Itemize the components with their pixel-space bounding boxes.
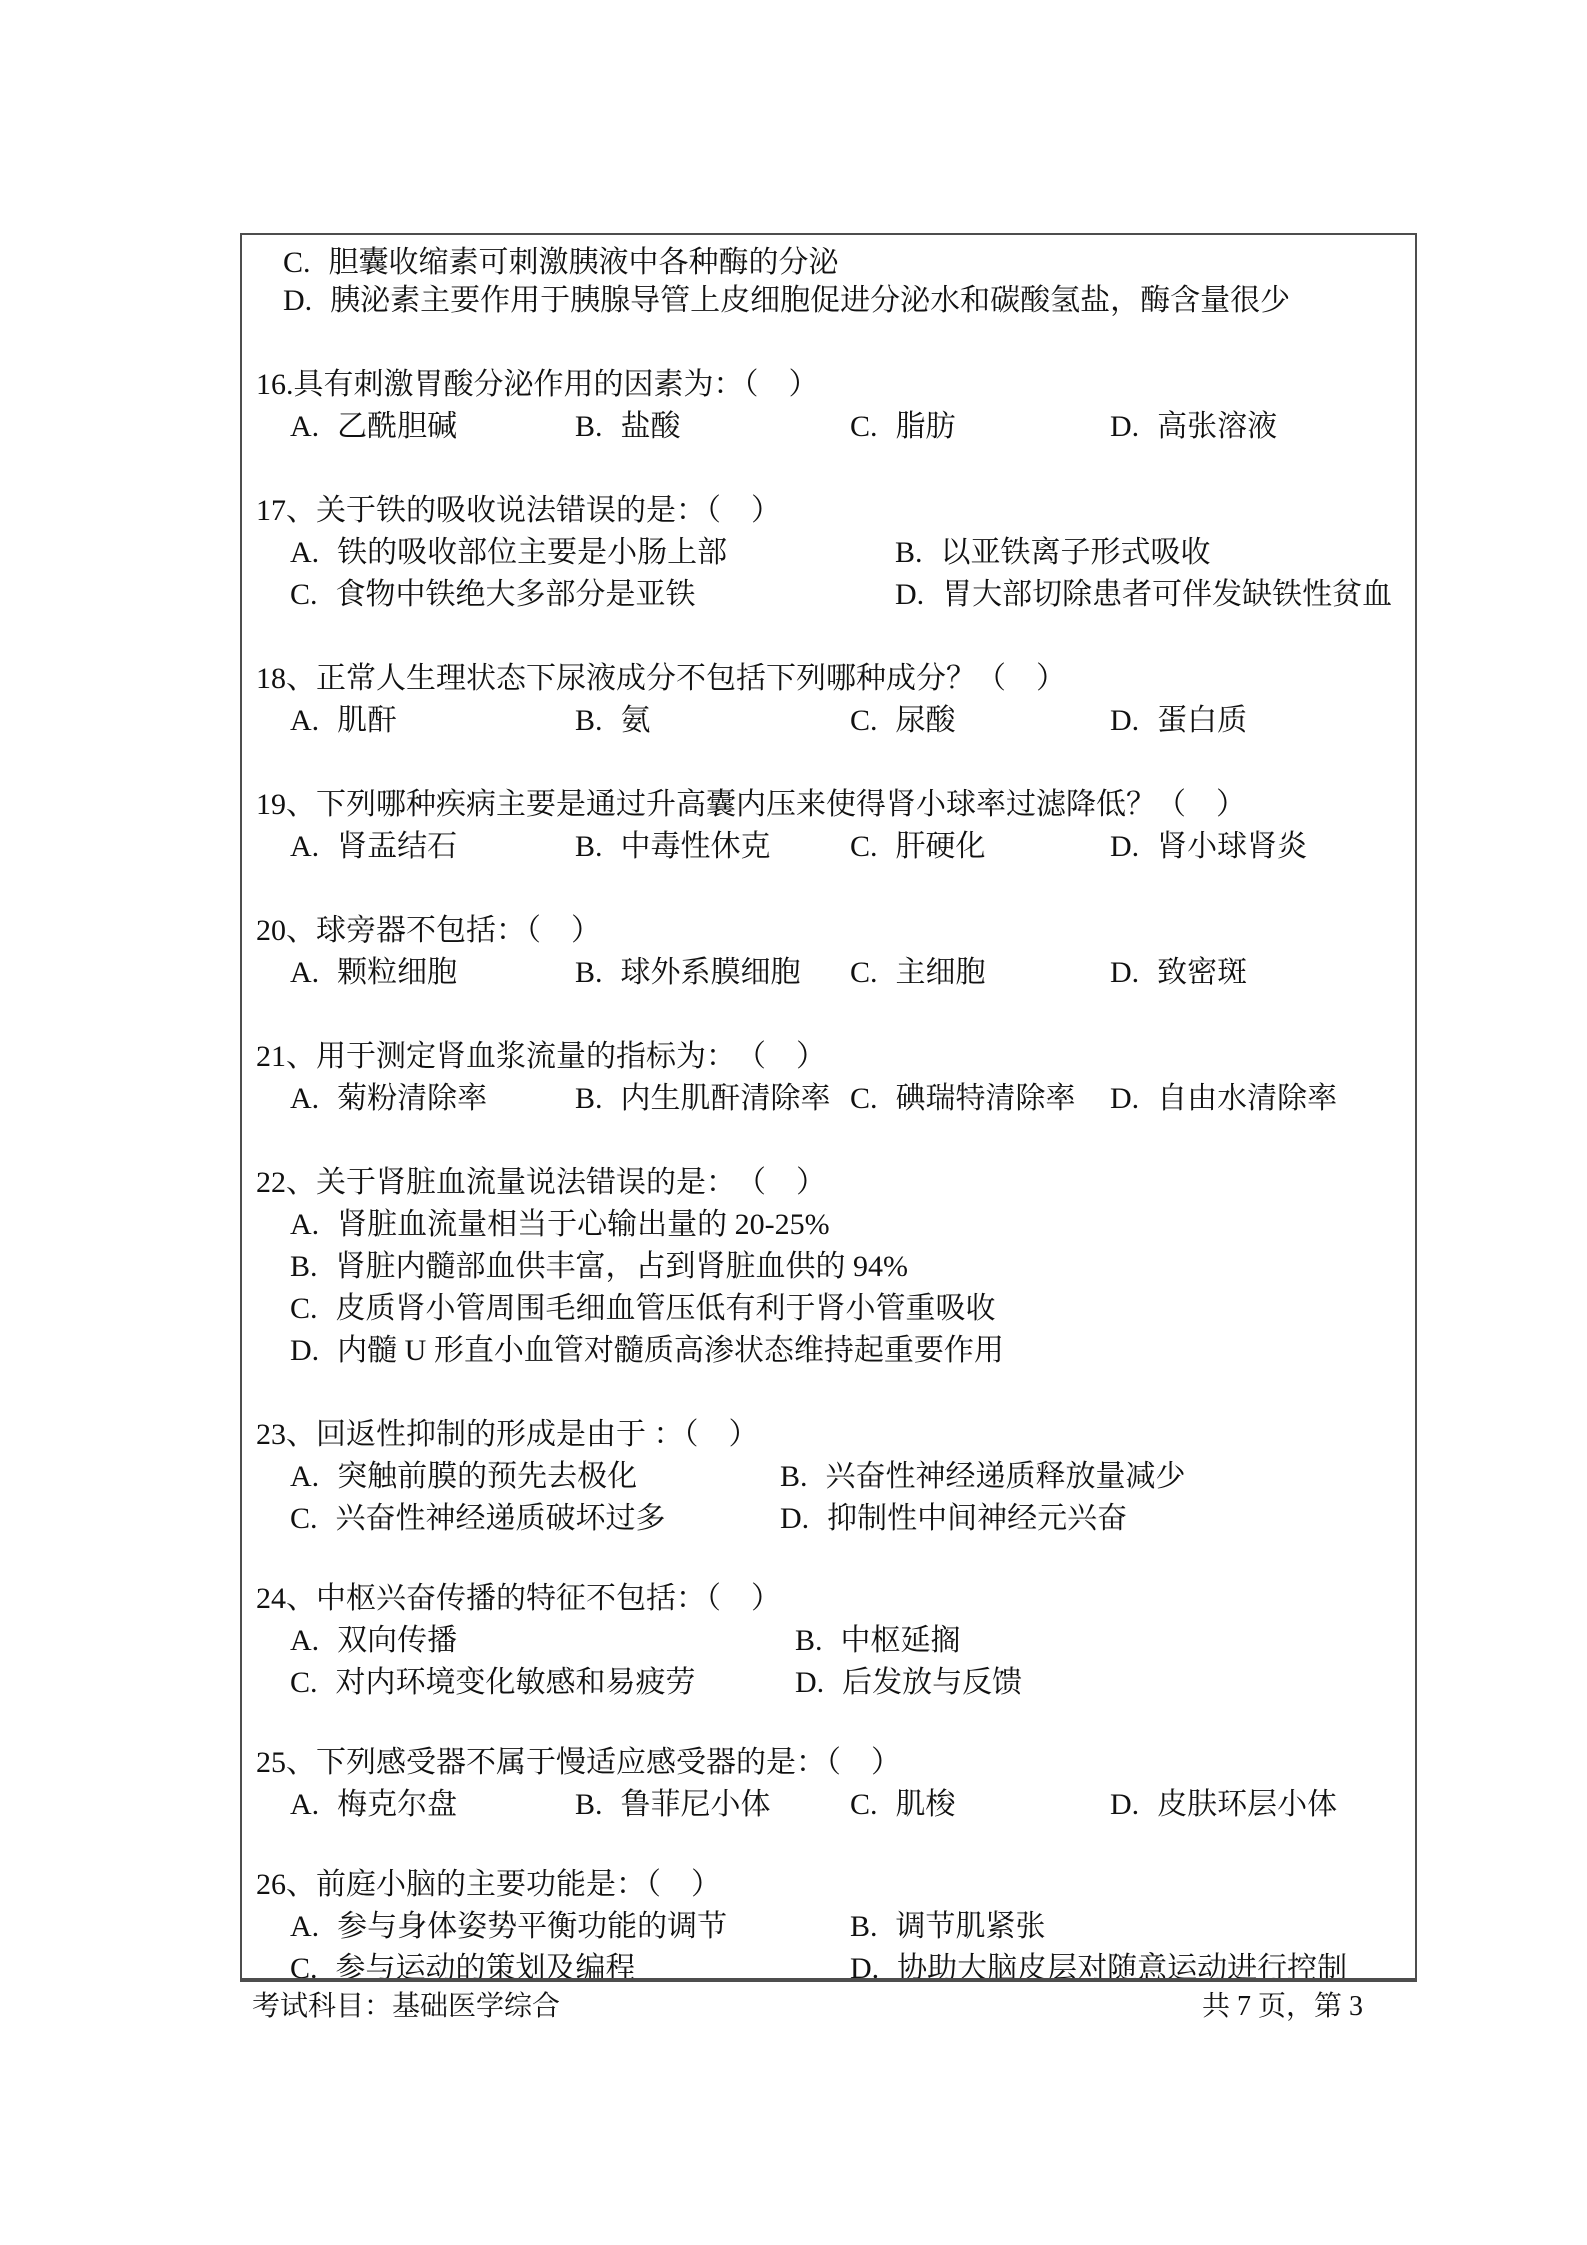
option-label: A.	[290, 1078, 319, 1120]
option: B.盐酸	[575, 406, 850, 448]
option-text: 后发放与反馈	[842, 1666, 1022, 1699]
option-label: B.	[895, 532, 923, 574]
option-label: C.	[850, 406, 878, 448]
question-23: 23、回返性抑制的形成是由于 ：（ ） A.突触前膜的预先去极化 B.兴奋性神经…	[242, 1414, 1415, 1540]
question-21: 21、用于测定肾血浆流量的指标为： （ ） A.菊粉清除率 B.内生肌酐清除率 …	[242, 1036, 1415, 1120]
option-label: B.	[575, 1784, 603, 1826]
option: B.以亚铁离子形式吸收	[895, 532, 1415, 574]
option: A.乙酰胆碱	[290, 406, 575, 448]
question-text: 下列哪种疾病主要是通过升高囊内压来使得肾小球率过滤降低？（ ）	[316, 788, 1246, 821]
option-label: D.	[795, 1662, 824, 1704]
option-label: C.	[290, 574, 318, 616]
option-label: D.	[1110, 1078, 1139, 1120]
option-text: 高张溶液	[1157, 410, 1277, 443]
option-text: 兴奋性神经递质释放量减少	[826, 1460, 1186, 1493]
option-label: D.	[283, 282, 312, 320]
question-20: 20、球旁器不包括：（ ） A.颗粒细胞 B.球外系膜细胞 C.主细胞 D.致密…	[242, 910, 1415, 994]
footer-subject: 考试科目：基础医学综合	[252, 1990, 560, 2024]
option: C.肝硬化	[850, 826, 1110, 868]
question-stem: 20、球旁器不包括：（ ）	[242, 910, 1415, 952]
question-number: 16.	[256, 368, 294, 401]
option-text: 抑制性中间神经元兴奋	[827, 1502, 1127, 1535]
option-label: A.	[290, 826, 319, 868]
exam-page: C.胆囊收缩素可刺激胰液中各种酶的分泌 D.胰泌素主要作用于胰腺导管上皮细胞促进…	[0, 0, 1587, 2245]
option-text: 兴奋性神经递质破坏过多	[336, 1502, 666, 1535]
option-label: C.	[290, 1662, 318, 1704]
option-label: D.	[780, 1498, 809, 1540]
question-stem: 23、回返性抑制的形成是由于 ：（ ）	[242, 1414, 1415, 1456]
option-label: A.	[290, 532, 319, 574]
option: C.皮质肾小管周围毛细血管压低有利于肾小管重吸收	[242, 1288, 1415, 1330]
question-number: 24、	[256, 1582, 316, 1615]
option-text: 氨	[621, 704, 651, 737]
option-text: 球外系膜细胞	[621, 956, 801, 989]
option-text: 胆囊收缩素可刺激胰液中各种酶的分泌	[329, 246, 839, 279]
options-row: A.乙酰胆碱 B.盐酸 C.脂肪 D.高张溶液	[242, 406, 1415, 448]
option-label: B.	[795, 1620, 823, 1662]
question-text: 关于肾脏血流量说法错误的是： （ ）	[316, 1166, 826, 1199]
option: D.肾小球肾炎	[1110, 826, 1415, 868]
option-text: 胰泌素主要作用于胰腺导管上皮细胞促进分泌水和碳酸氢盐，酶含量很少	[330, 284, 1290, 317]
options-row: A.突触前膜的预先去极化 B.兴奋性神经递质释放量减少	[242, 1456, 1415, 1498]
question-stem: 21、用于测定肾血浆流量的指标为： （ ）	[242, 1036, 1415, 1078]
option: C.尿酸	[850, 700, 1110, 742]
option-text: 颗粒细胞	[337, 956, 457, 989]
options-row: A.双向传播 B.中枢延搁	[242, 1620, 1415, 1662]
option-text: 双向传播	[337, 1624, 457, 1657]
option-label: D.	[1110, 406, 1139, 448]
option: B.兴奋性神经递质释放量减少	[780, 1456, 1415, 1498]
option-text: 肾脏内髓部血供丰富，占到肾脏血供的 94%	[336, 1250, 909, 1283]
option-text: 中毒性休克	[621, 830, 771, 863]
question-text: 用于测定肾血浆流量的指标为： （ ）	[316, 1040, 826, 1073]
option: B.氨	[575, 700, 850, 742]
option-label: D.	[895, 574, 924, 616]
question-number: 23、	[256, 1418, 316, 1451]
options-row: C.兴奋性神经递质破坏过多 D.抑制性中间神经元兴奋	[242, 1498, 1415, 1540]
option-label: B.	[290, 1246, 318, 1288]
option: B.球外系膜细胞	[575, 952, 850, 994]
option-label: D.	[1110, 700, 1139, 742]
option-text: 蛋白质	[1157, 704, 1247, 737]
options-row: A.菊粉清除率 B.内生肌酐清除率 C.碘瑞特清除率 D.自由水清除率	[242, 1078, 1415, 1120]
question-18: 18、正常人生理状态下尿液成分不包括下列哪种成分？（ ） A.肌酐 B.氨 C.…	[242, 658, 1415, 742]
question-16: 16.具有刺激胃酸分泌作用的因素为：（ ） A.乙酰胆碱 B.盐酸 C.脂肪 D…	[242, 364, 1415, 448]
option-label: D.	[850, 1948, 879, 1982]
question-stem: 16.具有刺激胃酸分泌作用的因素为：（ ）	[242, 364, 1415, 406]
option: C.对内环境变化敏感和易疲劳	[290, 1662, 795, 1704]
option: C.主细胞	[850, 952, 1110, 994]
options-row: C.对内环境变化敏感和易疲劳 D.后发放与反馈	[242, 1662, 1415, 1704]
option-label: C.	[850, 1078, 878, 1120]
option-label: B.	[575, 826, 603, 868]
option: D.抑制性中间神经元兴奋	[780, 1498, 1415, 1540]
option-text: 中枢延搁	[841, 1624, 961, 1657]
option-text: 盐酸	[621, 410, 681, 443]
options-row: A.肌酐 B.氨 C.尿酸 D.蛋白质	[242, 700, 1415, 742]
option-text: 鲁菲尼小体	[621, 1788, 771, 1821]
option: B.中毒性休克	[575, 826, 850, 868]
option-text: 梅克尔盘	[337, 1788, 457, 1821]
options-row: A.颗粒细胞 B.球外系膜细胞 C.主细胞 D.致密斑	[242, 952, 1415, 994]
option: A.梅克尔盘	[290, 1784, 575, 1826]
option-label: A.	[290, 406, 319, 448]
option-text: 自由水清除率	[1157, 1082, 1337, 1115]
option-text: 内生肌酐清除率	[621, 1082, 831, 1115]
question-24: 24、中枢兴奋传播的特征不包括：（ ） A.双向传播 B.中枢延搁 C.对内环境…	[242, 1578, 1415, 1704]
option-text: 参与运动的策划及编程	[336, 1952, 636, 1982]
question-number: 22、	[256, 1166, 316, 1199]
footer-page-number: 共 7 页，第 3	[1202, 1990, 1363, 2024]
option: D.高张溶液	[1110, 406, 1415, 448]
option: D.皮肤环层小体	[1110, 1784, 1415, 1826]
options-row: A.肾盂结石 B.中毒性休克 C.肝硬化 D.肾小球肾炎	[242, 826, 1415, 868]
question-22: 22、关于肾脏血流量说法错误的是： （ ） A.肾脏血流量相当于心输出量的 20…	[242, 1162, 1415, 1372]
question-number: 19、	[256, 788, 316, 821]
option-label: B.	[575, 700, 603, 742]
option-label: C.	[850, 826, 878, 868]
option: D.内髓 U 形直小血管对髓质高渗状态维持起重要作用	[242, 1330, 1415, 1372]
option-text: 以亚铁离子形式吸收	[941, 536, 1211, 569]
page-footer: 考试科目：基础医学综合 共 7 页，第 3	[252, 1990, 1363, 2024]
q15-option-c: C.胆囊收缩素可刺激胰液中各种酶的分泌	[242, 244, 1415, 282]
option-label: A.	[290, 1620, 319, 1662]
question-text: 球旁器不包括：（ ）	[316, 914, 601, 947]
option: A.菊粉清除率	[290, 1078, 575, 1120]
option-label: C.	[290, 1948, 318, 1982]
option: C.参与运动的策划及编程	[290, 1948, 850, 1982]
question-text: 下列感受器不属于慢适应感受器的是：（ ）	[316, 1746, 901, 1779]
question-number: 26、	[256, 1868, 316, 1901]
option-text: 肌梭	[896, 1788, 956, 1821]
option: D.自由水清除率	[1110, 1078, 1415, 1120]
option: D.后发放与反馈	[795, 1662, 1415, 1704]
option-text: 肌酐	[337, 704, 397, 737]
option-text: 主细胞	[896, 956, 986, 989]
option-label: C.	[850, 1784, 878, 1826]
option: D.胃大部切除患者可伴发缺铁性贫血	[895, 574, 1415, 616]
option-label: A.	[290, 1906, 319, 1948]
option-label: C.	[290, 1498, 318, 1540]
option-label: B.	[575, 1078, 603, 1120]
option-text: 皮肤环层小体	[1157, 1788, 1337, 1821]
question-stem: 24、中枢兴奋传播的特征不包括：（ ）	[242, 1578, 1415, 1620]
options-row: C.参与运动的策划及编程 D.协助大脑皮层对随意运动进行控制	[242, 1948, 1415, 1982]
option-text: 脂肪	[896, 410, 956, 443]
option-label: B.	[575, 406, 603, 448]
question-number: 25、	[256, 1746, 316, 1779]
option: D.蛋白质	[1110, 700, 1415, 742]
option: D.致密斑	[1110, 952, 1415, 994]
question-number: 20、	[256, 914, 316, 947]
option-text: 皮质肾小管周围毛细血管压低有利于肾小管重吸收	[336, 1292, 996, 1325]
option-text: 内髓 U 形直小血管对髓质高渗状态维持起重要作用	[337, 1334, 1004, 1367]
option: D.协助大脑皮层对随意运动进行控制	[850, 1948, 1415, 1982]
option-label: D.	[1110, 1784, 1139, 1826]
option-text: 铁的吸收部位主要是小肠上部	[337, 536, 727, 569]
option-text: 食物中铁绝大多部分是亚铁	[336, 578, 696, 611]
option: A.铁的吸收部位主要是小肠上部	[290, 532, 895, 574]
option: B.中枢延搁	[795, 1620, 1415, 1662]
option: C.碘瑞特清除率	[850, 1078, 1110, 1120]
option: B.调节肌紧张	[850, 1906, 1415, 1948]
option-text: 尿酸	[896, 704, 956, 737]
option-text: 碘瑞特清除率	[896, 1082, 1076, 1115]
question-stem: 25、下列感受器不属于慢适应感受器的是：（ ）	[242, 1742, 1415, 1784]
question-text: 关于铁的吸收说法错误的是：（ ）	[316, 494, 781, 527]
question-number: 18、	[256, 662, 316, 695]
question-stem: 19、下列哪种疾病主要是通过升高囊内压来使得肾小球率过滤降低？（ ）	[242, 784, 1415, 826]
option: B.内生肌酐清除率	[575, 1078, 850, 1120]
option-text: 肾盂结石	[337, 830, 457, 863]
option-label: C.	[850, 952, 878, 994]
option-label: A.	[290, 700, 319, 742]
option: B.肾脏内髓部血供丰富，占到肾脏血供的 94%	[242, 1246, 1415, 1288]
question-area: C.胆囊收缩素可刺激胰液中各种酶的分泌 D.胰泌素主要作用于胰腺导管上皮细胞促进…	[240, 233, 1417, 1982]
option-text: 乙酰胆碱	[337, 410, 457, 443]
question-19: 19、下列哪种疾病主要是通过升高囊内压来使得肾小球率过滤降低？（ ） A.肾盂结…	[242, 784, 1415, 868]
option-label: A.	[290, 1456, 319, 1498]
q15-option-d: D.胰泌素主要作用于胰腺导管上皮细胞促进分泌水和碳酸氢盐，酶含量很少	[242, 282, 1415, 320]
option-label: C.	[283, 244, 311, 282]
option-label: D.	[1110, 826, 1139, 868]
question-stem: 18、正常人生理状态下尿液成分不包括下列哪种成分？（ ）	[242, 658, 1415, 700]
option-text: 突触前膜的预先去极化	[337, 1460, 637, 1493]
option: B.鲁菲尼小体	[575, 1784, 850, 1826]
option-label: C.	[850, 700, 878, 742]
option-label: A.	[290, 952, 319, 994]
question-text: 前庭小脑的主要功能是：（ ）	[316, 1868, 721, 1901]
option-text: 肝硬化	[896, 830, 986, 863]
question-number: 21、	[256, 1040, 316, 1073]
option-label: A.	[290, 1204, 319, 1246]
question-number: 17、	[256, 494, 316, 527]
option: C.兴奋性神经递质破坏过多	[290, 1498, 780, 1540]
question-text: 具有刺激胃酸分泌作用的因素为：（ ）	[294, 368, 819, 401]
options-row: A.铁的吸收部位主要是小肠上部 B.以亚铁离子形式吸收	[242, 532, 1415, 574]
option-text: 致密斑	[1157, 956, 1247, 989]
option-label: C.	[290, 1288, 318, 1330]
option-label: B.	[850, 1906, 878, 1948]
option: A.突触前膜的预先去极化	[290, 1456, 780, 1498]
option-text: 参与身体姿势平衡功能的调节	[337, 1910, 727, 1943]
options-row: C.食物中铁绝大多部分是亚铁 D.胃大部切除患者可伴发缺铁性贫血	[242, 574, 1415, 616]
option-label: B.	[575, 952, 603, 994]
option-label: B.	[780, 1456, 808, 1498]
option-label: D.	[1110, 952, 1139, 994]
option-text: 协助大脑皮层对随意运动进行控制	[897, 1952, 1347, 1982]
question-text: 回返性抑制的形成是由于 ：（ ）	[316, 1418, 759, 1451]
option: A.肌酐	[290, 700, 575, 742]
question-stem: 17、关于铁的吸收说法错误的是：（ ）	[242, 490, 1415, 532]
option: A.参与身体姿势平衡功能的调节	[290, 1906, 850, 1948]
option: C.肌梭	[850, 1784, 1110, 1826]
options-row: A.梅克尔盘 B.鲁菲尼小体 C.肌梭 D.皮肤环层小体	[242, 1784, 1415, 1826]
option-label: A.	[290, 1784, 319, 1826]
option-text: 对内环境变化敏感和易疲劳	[336, 1666, 696, 1699]
question-26: 26、前庭小脑的主要功能是：（ ） A.参与身体姿势平衡功能的调节 B.调节肌紧…	[242, 1864, 1415, 1982]
option-text: 胃大部切除患者可伴发缺铁性贫血	[942, 578, 1392, 611]
option-text: 肾小球肾炎	[1157, 830, 1307, 863]
question-stem: 22、关于肾脏血流量说法错误的是： （ ）	[242, 1162, 1415, 1204]
option: A.双向传播	[290, 1620, 795, 1662]
option: C.脂肪	[850, 406, 1110, 448]
option: A.肾脏血流量相当于心输出量的 20-25%	[242, 1204, 1415, 1246]
option-label: D.	[290, 1330, 319, 1372]
option: C.食物中铁绝大多部分是亚铁	[290, 574, 895, 616]
option-text: 菊粉清除率	[337, 1082, 487, 1115]
question-25: 25、下列感受器不属于慢适应感受器的是：（ ） A.梅克尔盘 B.鲁菲尼小体 C…	[242, 1742, 1415, 1826]
options-row: A.参与身体姿势平衡功能的调节 B.调节肌紧张	[242, 1906, 1415, 1948]
option-text: 肾脏血流量相当于心输出量的 20-25%	[337, 1208, 829, 1241]
option-text: 调节肌紧张	[896, 1910, 1046, 1943]
question-text: 正常人生理状态下尿液成分不包括下列哪种成分？（ ）	[316, 662, 1066, 695]
question-text: 中枢兴奋传播的特征不包括：（ ）	[316, 1582, 781, 1615]
option: A.颗粒细胞	[290, 952, 575, 994]
option: A.肾盂结石	[290, 826, 575, 868]
question-stem: 26、前庭小脑的主要功能是：（ ）	[242, 1864, 1415, 1906]
question-17: 17、关于铁的吸收说法错误的是：（ ） A.铁的吸收部位主要是小肠上部 B.以亚…	[242, 490, 1415, 616]
